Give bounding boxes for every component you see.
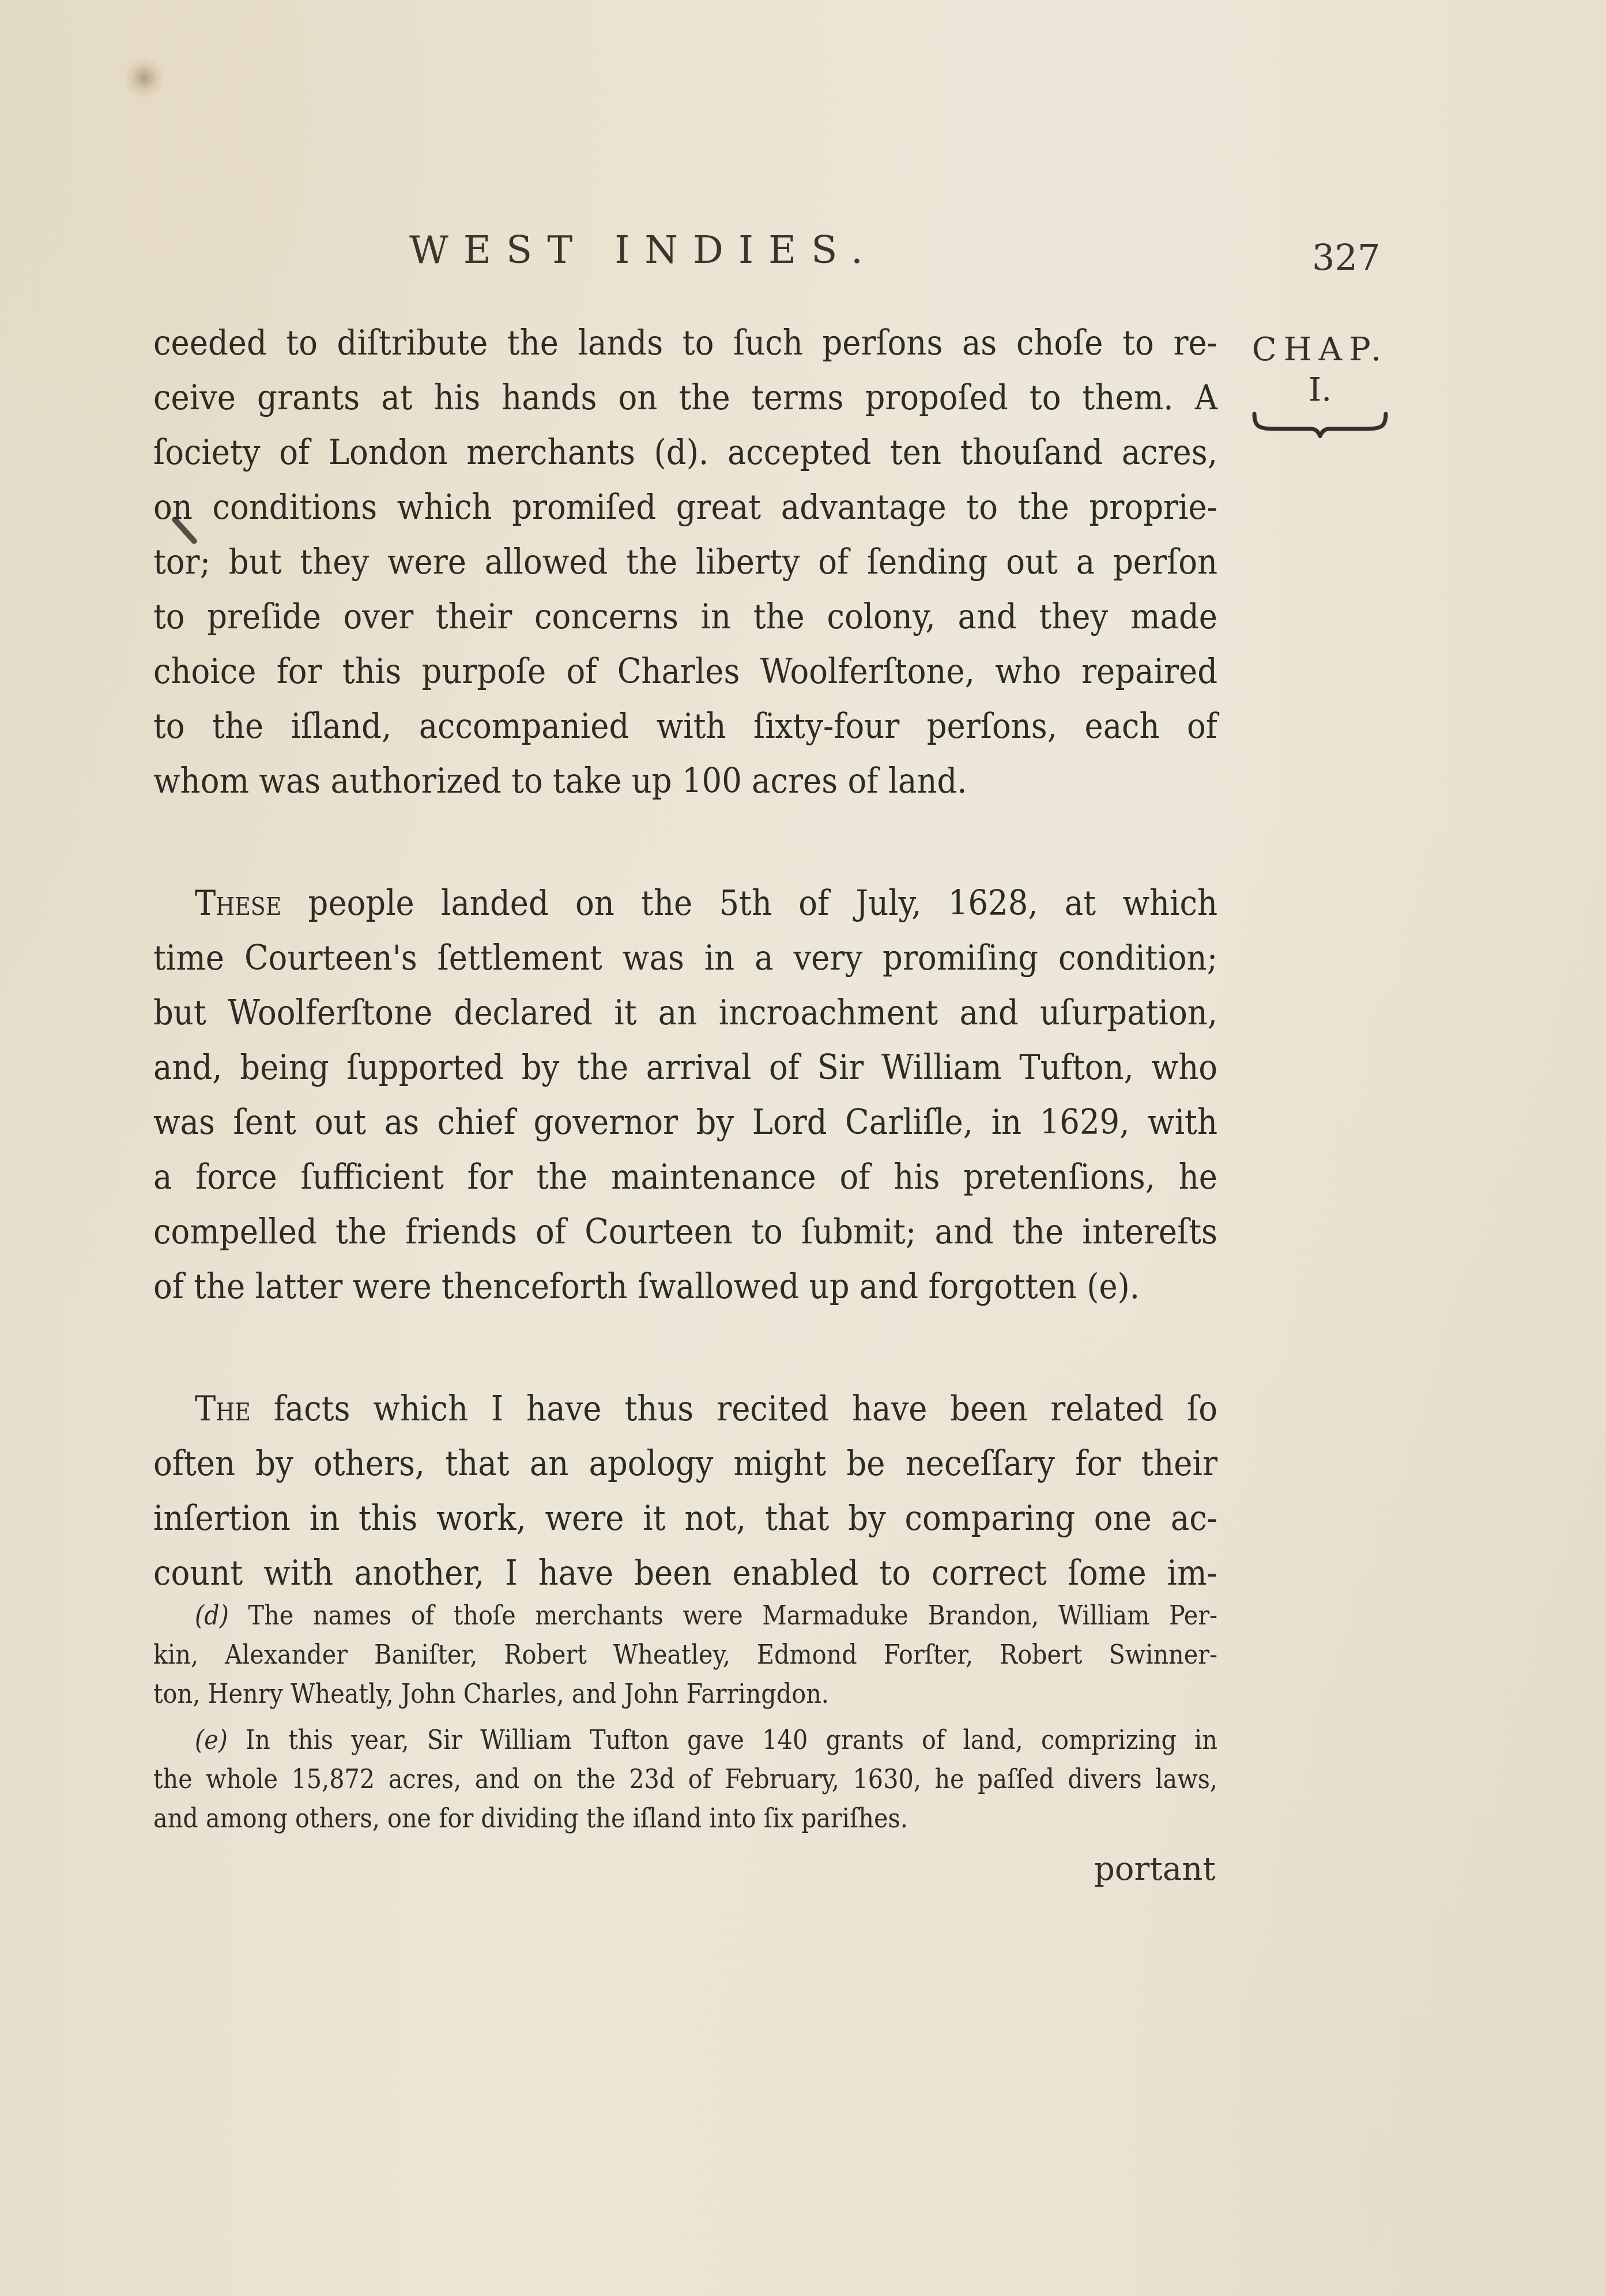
running-head: WEST INDIES. <box>409 228 878 272</box>
footnote-line: (d) The names of thoſe merchants were Ma… <box>153 1596 1217 1635</box>
chapter-label: CHAP. <box>1245 330 1395 370</box>
text-line: of the latter were thenceforth ſwallowed… <box>153 1260 1217 1314</box>
footnote-line: the whole 15,872 acres, and on the 23d o… <box>153 1759 1217 1799</box>
text-line: These people landed on the 5th of July, … <box>153 876 1217 931</box>
text-line: to the iſland, accompanied with ſixty-fo… <box>153 699 1217 754</box>
text-line: a force ſufficient for the maintenance o… <box>153 1150 1217 1205</box>
text-line: on conditions which promiſed great advan… <box>153 480 1217 535</box>
text-line: time Courteen's ſettlement was in a very… <box>153 931 1217 986</box>
text-line: choice for this purpoſe of Charles Woolf… <box>153 644 1217 699</box>
text-line: ceeded to diſtribute the lands to ſuch p… <box>153 316 1217 371</box>
footnote-line: and among others, one for dividing the i… <box>153 1799 1217 1838</box>
main-text: ceeded to diſtribute the lands to ſuch p… <box>153 316 1217 1668</box>
text-line: to preſide over their concerns in the co… <box>153 590 1217 644</box>
footnotes: (d) The names of thoſe merchants were Ma… <box>153 1596 1217 1845</box>
footnote-marker: (e) <box>195 1724 228 1755</box>
chapter-number: I. <box>1245 370 1395 410</box>
footnote-e: (e) In this year, Sir William Tufton gav… <box>153 1720 1217 1838</box>
chapter-margin-note: CHAP. I. <box>1245 330 1395 438</box>
text-line: whom was authorized to take up 100 acres… <box>153 754 1217 809</box>
paragraph-3: The facts which I have thus recited have… <box>153 1382 1217 1601</box>
text-line: was ſent out as chief governor by Lord C… <box>153 1095 1217 1150</box>
footnote-marker: (d) <box>195 1600 229 1631</box>
footnote-line: ton, Henry Wheatly, John Charles, and Jo… <box>153 1674 1217 1713</box>
text-line: compelled the friends of Courteen to ſub… <box>153 1205 1217 1260</box>
text-line: often by others, that an apology might b… <box>153 1437 1217 1491</box>
text-line: ſociety of London merchants (d). accepte… <box>153 425 1217 480</box>
footnote-d: (d) The names of thoſe merchants were Ma… <box>153 1596 1217 1713</box>
paragraph-2: These people landed on the 5th of July, … <box>153 876 1217 1314</box>
footnote-line: kin, Alexander Baniſter, Robert Wheatley… <box>153 1635 1217 1674</box>
paper-stain <box>124 58 164 98</box>
text-line: count with another, I have been enabled … <box>153 1546 1217 1601</box>
brace-ornament-icon <box>1251 412 1389 438</box>
text-line: but Woolferſtone declared it an incroach… <box>153 986 1217 1040</box>
footnote-line: (e) In this year, Sir William Tufton gav… <box>153 1720 1217 1759</box>
text-line: and, being ſupported by the arrival of S… <box>153 1040 1217 1095</box>
catchword: portant <box>1094 1850 1216 1888</box>
text-line: tor; but they were allowed the liberty o… <box>153 535 1217 590</box>
text-line: ceive grants at his hands on the terms p… <box>153 371 1217 425</box>
paragraph-1: ceeded to diſtribute the lands to ſuch p… <box>153 316 1217 809</box>
lead-word: These <box>195 883 281 923</box>
text-line: The facts which I have thus recited have… <box>153 1382 1217 1437</box>
page-number: 327 <box>1312 236 1380 278</box>
lead-word: The <box>195 1389 251 1429</box>
text-line: inſertion in this work, were it not, tha… <box>153 1491 1217 1546</box>
